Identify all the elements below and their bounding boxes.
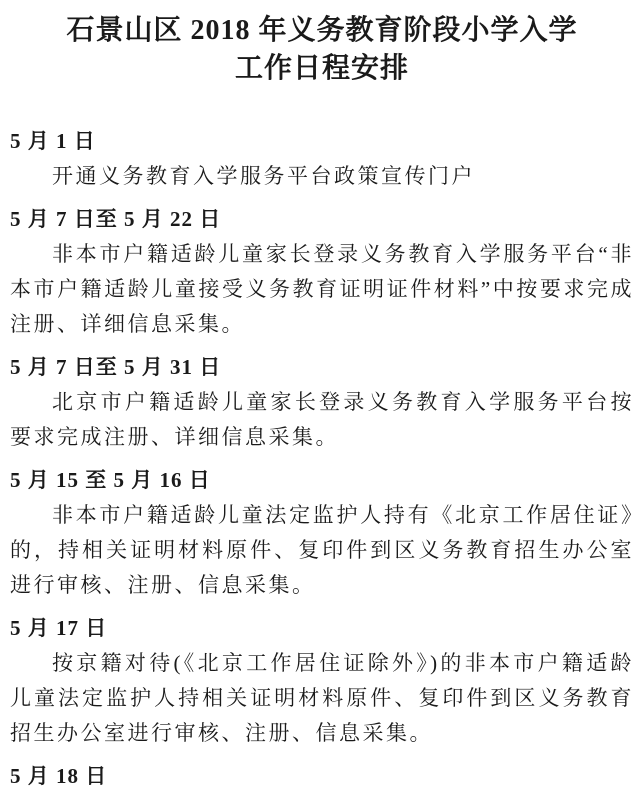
schedule-date: 5 月 15 至 5 月 16 日 <box>10 463 634 498</box>
document-page: 石景山区 2018 年义务教育阶段小学入学 工作日程安排 5 月 1 日 开通义… <box>0 0 644 795</box>
schedule-date: 5 月 7 日至 5 月 22 日 <box>10 202 634 237</box>
schedule-list: 5 月 1 日 开通义务教育入学服务平台政策宣传门户 5 月 7 日至 5 月 … <box>10 124 634 794</box>
document-title: 石景山区 2018 年义务教育阶段小学入学 工作日程安排 <box>10 12 634 88</box>
schedule-item-may-15-to-16: 5 月 15 至 5 月 16 日 非本市户籍适龄儿童法定监护人持有《北京工作居… <box>10 463 634 603</box>
schedule-description: 开通义务教育入学服务平台政策宣传门户 <box>10 159 634 194</box>
schedule-description: 非本市户籍适龄儿童法定监护人持有《北京工作居住证》的，持相关证明材料原件、复印件… <box>10 498 634 603</box>
schedule-date: 5 月 1 日 <box>10 124 634 159</box>
schedule-item-may-17: 5 月 17 日 按京籍对待(《北京工作居住证除外》)的非本市户籍适龄儿童法定监… <box>10 611 634 751</box>
schedule-date: 5 月 18 日 <box>10 759 634 794</box>
schedule-date: 5 月 7 日至 5 月 31 日 <box>10 350 634 385</box>
document-title-line-1: 石景山区 2018 年义务教育阶段小学入学 <box>10 12 634 50</box>
schedule-item-may-7-to-31: 5 月 7 日至 5 月 31 日 北京市户籍适龄儿童家长登录义务教育入学服务平… <box>10 350 634 455</box>
schedule-item-may-1: 5 月 1 日 开通义务教育入学服务平台政策宣传门户 <box>10 124 634 194</box>
schedule-description: 北京市户籍适龄儿童家长登录义务教育入学服务平台按要求完成注册、详细信息采集。 <box>10 385 634 455</box>
schedule-item-may-7-to-22: 5 月 7 日至 5 月 22 日 非本市户籍适龄儿童家长登录义务教育入学服务平… <box>10 202 634 342</box>
schedule-description: 按京籍对待(《北京工作居住证除外》)的非本市户籍适龄儿童法定监护人持相关证明材料… <box>10 646 634 751</box>
document-title-line-2: 工作日程安排 <box>10 50 634 88</box>
schedule-description: 非本市户籍适龄儿童家长登录义务教育入学服务平台“非本市户籍适龄儿童接受义务教育证… <box>10 237 634 342</box>
schedule-item-may-18: 5 月 18 日 <box>10 759 634 794</box>
schedule-date: 5 月 17 日 <box>10 611 634 646</box>
